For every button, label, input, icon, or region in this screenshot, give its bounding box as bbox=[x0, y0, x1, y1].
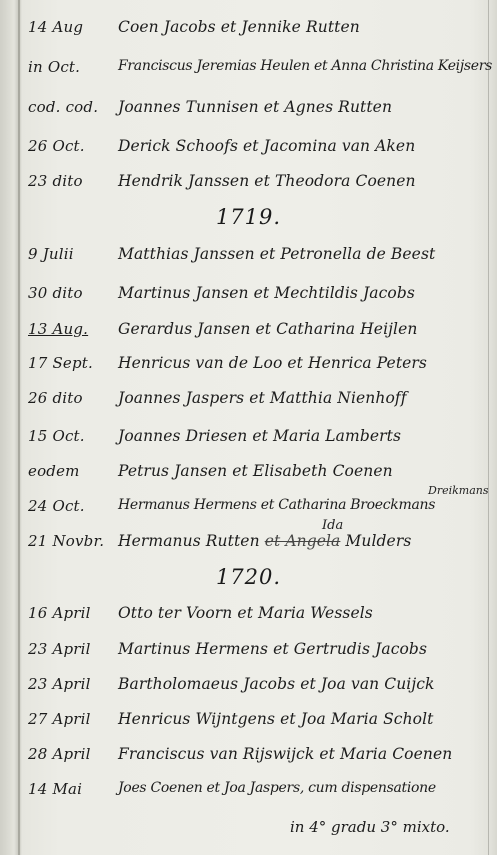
register-entry: 9 Julii Matthias Janssen et Petronella d… bbox=[0, 245, 497, 275]
entry-date: in Oct. bbox=[28, 58, 80, 76]
register-entry: 21 Novbr. Hermanus Rutten et Angela Muld… bbox=[0, 532, 497, 562]
interlinear-annotation: Ida bbox=[322, 518, 343, 533]
entry-date: 15 Oct. bbox=[28, 427, 85, 445]
register-entry: 13 Aug. Gerardus Jansen et Catharina Hei… bbox=[0, 320, 497, 350]
entry-date: 23 April bbox=[28, 675, 91, 693]
entry-names: Henricus Wijntgens et Joa Maria Scholt bbox=[118, 710, 433, 728]
entry-names: Joannes Tunnisen et Agnes Rutten bbox=[118, 98, 392, 116]
entry-names: Henricus van de Loo et Henrica Peters bbox=[118, 354, 427, 372]
entry-names: Bartholomaeus Jacobs et Joa van Cuijck bbox=[118, 675, 435, 693]
entry-names: Martinus Jansen et Mechtildis Jacobs bbox=[118, 284, 415, 302]
entry-names: Otto ter Voorn et Maria Wessels bbox=[118, 604, 373, 622]
entry-date: 14 Mai bbox=[28, 780, 82, 798]
entry-date: cod. cod. bbox=[28, 98, 98, 116]
entry-names: Joannes Jaspers et Matthia Nienhoff bbox=[118, 389, 407, 407]
entry-names: Derick Schoofs et Jacomina van Aken bbox=[118, 137, 415, 155]
groom-name: Hermanus Rutten bbox=[118, 532, 260, 550]
entry-names: Gerardus Jansen et Catharina Heijlen bbox=[118, 320, 417, 338]
bride-surname: Mulders bbox=[345, 532, 411, 550]
register-entry: in Oct. Franciscus Jeremias Heulen et An… bbox=[0, 58, 497, 88]
register-entry: 14 Aug Coen Jacobs et Jennike Rutten bbox=[0, 18, 497, 48]
register-page: 14 Aug Coen Jacobs et Jennike Rutten in … bbox=[0, 0, 497, 855]
entry-date: 17 Sept. bbox=[28, 354, 93, 372]
register-entry: 24 Oct. Hermanus Hermens et Catharina Br… bbox=[0, 497, 497, 527]
entry-names: Franciscus Jeremias Heulen et Anna Chris… bbox=[118, 58, 492, 74]
entry-names: Hendrik Janssen et Theodora Coenen bbox=[118, 172, 416, 190]
year-heading-1720: 1720. bbox=[0, 565, 497, 589]
entry-names: Franciscus van Rijswijck et Maria Coenen bbox=[118, 745, 452, 763]
entry-date: 27 April bbox=[28, 710, 91, 728]
entry-continuation: in 4° gradu 3° mixto. bbox=[290, 818, 450, 836]
register-entry: 15 Oct. Joannes Driesen et Maria Lambert… bbox=[0, 427, 497, 457]
register-entry: eodem Petrus Jansen et Elisabeth Coenen bbox=[0, 462, 497, 492]
entry-date: eodem bbox=[28, 462, 80, 480]
entry-date: 24 Oct. bbox=[28, 497, 85, 515]
register-entry: 23 April Martinus Hermens et Gertrudis J… bbox=[0, 640, 497, 670]
register-entry: 17 Sept. Henricus van de Loo et Henrica … bbox=[0, 354, 497, 384]
entry-date: 26 dito bbox=[28, 389, 83, 407]
register-entry: 27 April Henricus Wijntgens et Joa Maria… bbox=[0, 710, 497, 740]
entry-date: 16 April bbox=[28, 604, 91, 622]
year-heading-1719: 1719. bbox=[0, 205, 497, 229]
interlinear-annotation: Dreikmans bbox=[428, 484, 489, 497]
entry-names: Joannes Driesen et Maria Lamberts bbox=[118, 427, 401, 445]
register-entry: 28 April Franciscus van Rijswijck et Mar… bbox=[0, 745, 497, 775]
register-entry: 30 dito Martinus Jansen et Mechtildis Ja… bbox=[0, 284, 497, 314]
entry-date: 30 dito bbox=[28, 284, 83, 302]
register-entry: 26 dito Joannes Jaspers et Matthia Nienh… bbox=[0, 389, 497, 419]
entry-date: 21 Novbr. bbox=[28, 532, 104, 550]
entry-names: Hermanus Hermens et Catharina Broeckmans bbox=[118, 497, 435, 513]
entry-date: 23 dito bbox=[28, 172, 83, 190]
entry-date: 28 April bbox=[28, 745, 91, 763]
entry-date: 23 April bbox=[28, 640, 91, 658]
struck-text: et Angela bbox=[265, 532, 341, 550]
register-entry: cod. cod. Joannes Tunnisen et Agnes Rutt… bbox=[0, 98, 497, 128]
register-entry: 14 Mai Joes Coenen et Joa Jaspers, cum d… bbox=[0, 780, 497, 810]
entry-date: 13 Aug. bbox=[28, 320, 88, 338]
entry-date: 26 Oct. bbox=[28, 137, 85, 155]
entry-date: 9 Julii bbox=[28, 245, 74, 263]
register-entry: 16 April Otto ter Voorn et Maria Wessels bbox=[0, 604, 497, 634]
entry-names: Hermanus Rutten et Angela Mulders bbox=[118, 532, 411, 550]
entry-names: Matthias Janssen et Petronella de Beest bbox=[118, 245, 435, 263]
entry-names: Petrus Jansen et Elisabeth Coenen bbox=[118, 462, 393, 480]
register-entry: 23 April Bartholomaeus Jacobs et Joa van… bbox=[0, 675, 497, 705]
entry-date: 14 Aug bbox=[28, 18, 83, 36]
entry-names: Martinus Hermens et Gertrudis Jacobs bbox=[118, 640, 427, 658]
register-entry: 23 dito Hendrik Janssen et Theodora Coen… bbox=[0, 172, 497, 202]
entry-names: Joes Coenen et Joa Jaspers, cum dispensa… bbox=[118, 780, 436, 796]
entry-names: Coen Jacobs et Jennike Rutten bbox=[118, 18, 360, 36]
register-entry: 26 Oct. Derick Schoofs et Jacomina van A… bbox=[0, 137, 497, 167]
